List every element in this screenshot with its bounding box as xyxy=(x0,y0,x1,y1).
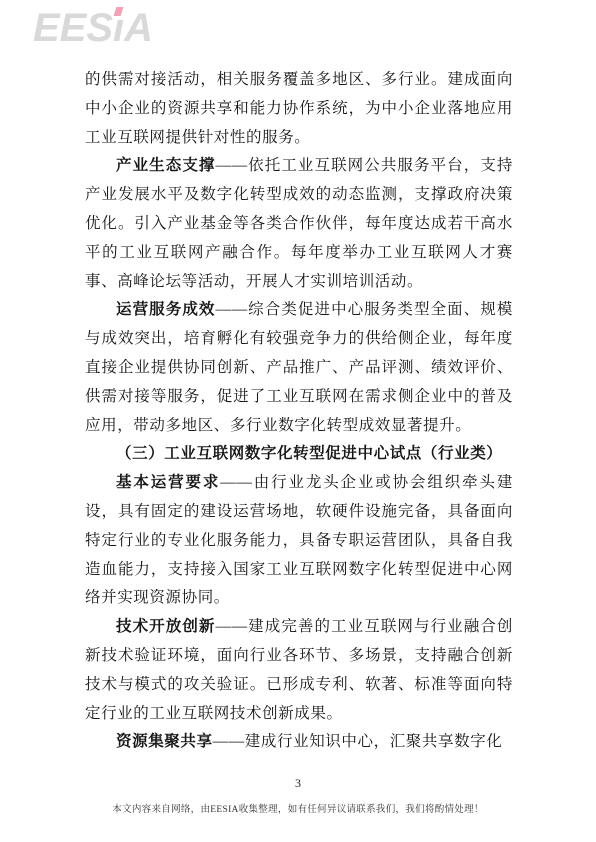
paragraph-text: ——依托工业互联网公共服务平台，支持产业发展水平及数字化转型成效的动态监测，支撑… xyxy=(85,157,513,289)
paragraph-text: ——建成行业知识中心，汇聚共享数字化 xyxy=(213,733,503,750)
paragraph-industry-ecology: 产业生态支撑——依托工业互联网公共服务平台，支持产业发展水平及数字化转型成效的动… xyxy=(85,152,513,296)
paragraph-text: ——综合类促进中心服务类型全面、规模与成效突出，培育孵化有较强竞争力的供给侧企业… xyxy=(85,301,513,433)
section-heading: （三）工业互联网数字化转型促进中心试点（行业类） xyxy=(85,440,513,469)
paragraph-lead: 技术开放创新 xyxy=(116,618,216,635)
paragraph-lead: 资源集聚共享 xyxy=(116,733,213,750)
document-body: 的供需对接活动，相关服务覆盖多地区、多行业。建成面向中小企业的资源共享和能力协作… xyxy=(85,66,513,757)
paragraph-lead: 运营服务成效 xyxy=(116,301,216,318)
paragraph-lead: 产业生态支撑 xyxy=(116,157,216,174)
logo-letters-post: A xyxy=(124,6,153,50)
logo-letters-pre: EES xyxy=(33,6,113,50)
paragraph-tech-innovation: 技术开放创新——建成完善的工业互联网与行业融合创新技术验证环境，面向行业各环节、… xyxy=(85,613,513,728)
heading-text: （三）工业互联网数字化转型促进中心试点（行业类） xyxy=(116,445,502,462)
paragraph-operation-results: 运营服务成效——综合类促进中心服务类型全面、规模与成效突出，培育孵化有较强竞争力… xyxy=(85,296,513,440)
paragraph-resource-sharing: 资源集聚共享——建成行业知识中心，汇聚共享数字化 xyxy=(85,728,513,757)
footer-disclaimer: 本文内容来自网络，由EESIA收集整理，如有任何异议请联系我们，我们将酌情处理！ xyxy=(0,801,596,815)
document-page: EESıA 的供需对接活动，相关服务覆盖多地区、多行业。建成面向中小企业的资源共… xyxy=(0,0,596,842)
paragraph-text: ——由行业龙头企业或协会组织牵头建设，具有固定的建设运营场地，软硬件设施完备，具… xyxy=(85,474,513,606)
eesia-logo: EESıA xyxy=(33,6,153,50)
paragraph-text: 的供需对接活动，相关服务覆盖多地区、多行业。建成面向中小企业的资源共享和能力协作… xyxy=(85,71,513,146)
paragraph-continuation: 的供需对接活动，相关服务覆盖多地区、多行业。建成面向中小企业的资源共享和能力协作… xyxy=(85,66,513,152)
paragraph-basic-operation: 基本运营要求——由行业龙头企业或协会组织牵头建设，具有固定的建设运营场地，软硬件… xyxy=(85,469,513,613)
page-number: 3 xyxy=(0,776,596,791)
paragraph-lead: 基本运营要求 xyxy=(116,474,220,491)
logo-letter-i: ı xyxy=(113,6,124,50)
